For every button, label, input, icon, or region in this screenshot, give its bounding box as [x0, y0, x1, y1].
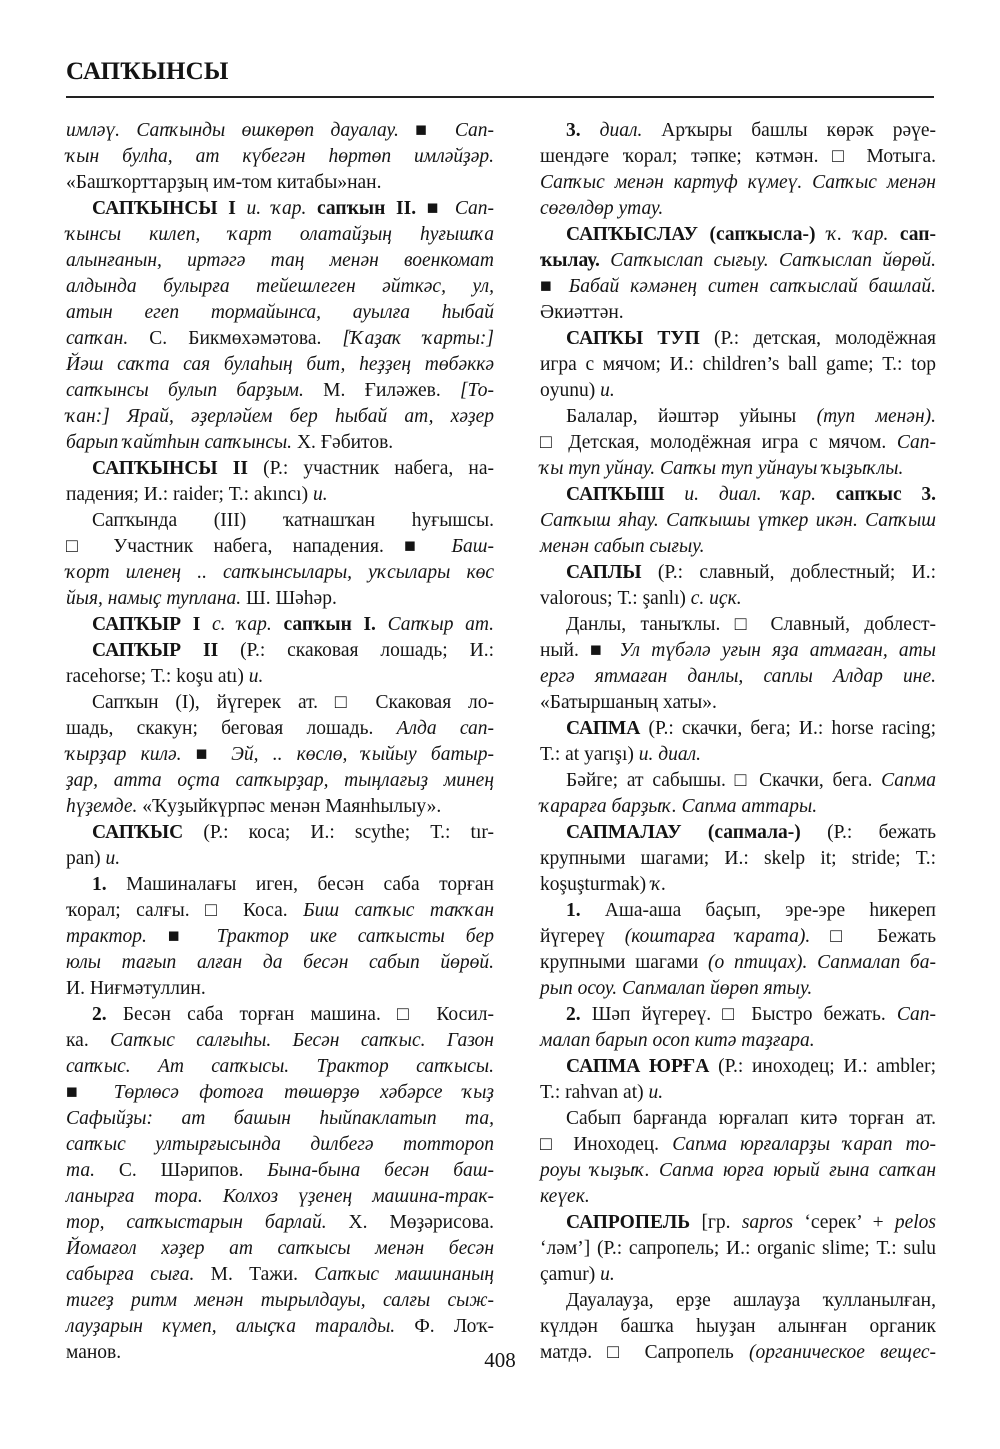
- text-line: Данлы, таныҡлы. □ Славный, доблест-: [540, 612, 936, 638]
- text-line: алдында булырға тейешлеген әйткәс, ул,: [66, 274, 494, 300]
- text-line: крупными шагами; И.: skelp it; stride; Т…: [540, 846, 936, 872]
- text-line: игра с мячом; И.: children’s ball game; …: [540, 352, 936, 378]
- text-line: сапҡыс. Ат сапҡысы. Трактор сапҡысы.: [66, 1054, 494, 1080]
- text-line: ҡорал; салғы. □ Коса. Биш сапҡыс таҡҡан: [66, 898, 494, 924]
- text-line: valorous; Т.: şanlı) с. иҫк.: [540, 586, 936, 612]
- text-line: атын егеп тормайынса, ауылға һыбай: [66, 300, 494, 326]
- text-line: Йәш саҡта сая булаһың бит, һеҙҙең төбәкк…: [66, 352, 494, 378]
- text-line: һүҙемде. «Ҡуҙыйкүрпәс менән Маянһылыу».: [66, 794, 494, 820]
- text-line: ҡылау. Сапҡыслап сығыу. Сапҡыслап йөрөй.: [540, 248, 936, 274]
- text-line: 3. диал. Арҡыры башлы көрәк рәүе-: [540, 118, 936, 144]
- text-line: Йомағол хәҙер ат сапҡысы менән бесән: [66, 1236, 494, 1262]
- text-line: 2. Шәп йүгереү. □ Быстро бежать. Сап-: [540, 1002, 936, 1028]
- text-line: роуы ҡыҙыҡ. Сапма юрға юрый ғына сапҡан: [540, 1158, 936, 1184]
- text-line: Т.: at yarışı) и. диал.: [540, 742, 936, 768]
- text-line: сапҡан. С. Бикмөхәмәтова. [Ҡаҙаҡ ҡарты:]: [66, 326, 494, 352]
- text-line: шадь, скакун; беговая лошадь. Алда сап-: [66, 716, 494, 742]
- text-line: □ Иноходец. Сапма юрғаларҙы ҡарап то-: [540, 1132, 936, 1158]
- text-line: йүгереү (коштарға ҡарата). □ Бежать: [540, 924, 936, 950]
- text-line: тигеҙ ритм менән тырылдауы, салғы сыж-: [66, 1288, 494, 1314]
- text-line: ҡорт иленең .. сапҡынсылары, уҡсылары кө…: [66, 560, 494, 586]
- text-line: 2. Бесән саба торған машина. □ Косил-: [66, 1002, 494, 1028]
- text-line: çamur) и.: [540, 1262, 936, 1288]
- text-line: САПЛЫ (Р.: славный, доблестный; И.:: [540, 560, 936, 586]
- text-line: САПМА ЮРҒА (Р.: иноходец; И.: ambler;: [540, 1054, 936, 1080]
- text-line: рып осоу. Сапмалап йөрөп ятыу.: [540, 976, 936, 1002]
- text-line: Сабып барғанда юрғалап китә торған ат.: [540, 1106, 936, 1132]
- text-line: 1. Аша-аша баҫып, эре-эре һикереп: [540, 898, 936, 924]
- text-line: САПҠЫСЛАУ (сапҡысла-) ҡ. ҡар. сап-: [540, 222, 936, 248]
- text-line: Бәйге; ат сабышы. □ Скачки, бега. Сапма: [540, 768, 936, 794]
- text-line: racehorse; Т.: koşu atı) и.: [66, 664, 494, 690]
- text-line: сөгөлдөр утау.: [540, 196, 936, 222]
- text-line: ■ Төрлөсә фотоға төшөрҙө хәбәрсе ҡыҙ: [66, 1080, 494, 1106]
- text-line: барып ҡайтһын сапҡынсы. Х. Ғәбитов.: [66, 430, 494, 456]
- text-line: ланырға тора. Колхоз үҙенең машина-трак-: [66, 1184, 494, 1210]
- text-line: САПҠЫР I с. ҡар. сапҡын I. Сапҡыр ат.: [66, 612, 494, 638]
- text-line: 1. Машиналағы иген, бесән саба торған: [66, 872, 494, 898]
- text-line: ҡынсы килеп, ҡарт олатайҙың һуғышҡа: [66, 222, 494, 248]
- text-line: малап барып осоп китә таҙғара.: [540, 1028, 936, 1054]
- text-line: ‘ләм’] (Р.: сапропель; И.: organic slime…: [540, 1236, 936, 1262]
- text-line: САПҠЫР II (Р.: скаковая лошадь; И.:: [66, 638, 494, 664]
- text-line: менән сабып сығыу.: [540, 534, 936, 560]
- text-line: имләү. Сапҡынды өшкөрөп дауалау. ■ Сап-: [66, 118, 494, 144]
- text-line: ■ Бабай кәмәнең ситен сапҡыслай башлай.: [540, 274, 936, 300]
- text-line: pan) и.: [66, 846, 494, 872]
- text-line: koşuşturmak) ҡ.: [540, 872, 936, 898]
- text-line: Балалар, йәштәр уйыны (туп менән).: [540, 404, 936, 430]
- text-line: ҙар, атта оҫта сапҡырҙар, тыңлағыҙ минең: [66, 768, 494, 794]
- text-line: крупными шагами (о птицах). Сапмалап ба-: [540, 950, 936, 976]
- text-line: САПҠЫ ТУП (Р.: детская, молодёжная: [540, 326, 936, 352]
- text-line: лауҙарын күмеп, алыҫҡа таралды. Ф. Лоҡ-: [66, 1314, 494, 1340]
- text-line: Сапҡында (III) ҡатнашҡан һуғышсы.: [66, 508, 494, 534]
- right-column: 3. диал. Арҡыры башлы көрәк рәүе-шендәге…: [540, 118, 936, 1366]
- text-line: ҡан:] Ярай, әҙерләйем бер һыбай ат, хәҙе…: [66, 404, 494, 430]
- text-line: падения; И.: raider; Т.: akıncı) и.: [66, 482, 494, 508]
- text-line: ка. Сапҡыс салғыһы. Бесән сапҡыс. Газон: [66, 1028, 494, 1054]
- text-line: сапҡыс ултырғысында дилбегә тотторoп: [66, 1132, 494, 1158]
- text-line: И. Ниғмәтуллин.: [66, 976, 494, 1002]
- text-line: Т.: rahvan at) и.: [540, 1080, 936, 1106]
- text-line: «Батыршаның хаты».: [540, 690, 936, 716]
- header-rule: [66, 96, 934, 98]
- text-line: Сапҡын (I), йүгерек ат. □ Скаковая ло-: [66, 690, 494, 716]
- text-line: сапҡынсы булып барҙым. М. Ғиләжев. [То-: [66, 378, 494, 404]
- text-line: □ Детская, молодёжная игра с мячом. Сап-: [540, 430, 936, 456]
- text-line: oyunu) и.: [540, 378, 936, 404]
- running-head: САПҠЫНСЫ: [66, 58, 229, 86]
- text-line: Дауалауҙа, ерҙе ашлауҙа ҡулланылған,: [540, 1288, 936, 1314]
- text-line: ҡарарға барҙыҡ. Сапма аттары.: [540, 794, 936, 820]
- text-line: трактор. ■ Трактор ике сапҡысты бер: [66, 924, 494, 950]
- text-line: күлдән башҡа һыуҙан алынған органик: [540, 1314, 936, 1340]
- text-line: тор, сапҡыстарын барлай. Х. Мөҙәрисова.: [66, 1210, 494, 1236]
- text-line: та. С. Шәрипов. Бына-бына бесән баш-: [66, 1158, 494, 1184]
- text-line: ный. ■ Ул түбәлә уғын яҙа атмаған, аты: [540, 638, 936, 664]
- text-line: САПРОПЕЛЬ [гр. sapros ‘серек’ + pelos: [540, 1210, 936, 1236]
- text-line: йыя, намыҫ туплана. Ш. Шәһәр.: [66, 586, 494, 612]
- text-line: □ Участник набега, нападения. ■ Баш-: [66, 534, 494, 560]
- text-line: САПҠЫНСЫ I и. ҡар. сапҡын II. ■ Сап-: [66, 196, 494, 222]
- left-column: имләү. Сапҡынды өшкөрөп дауалау. ■ Сап-ҡ…: [66, 118, 494, 1366]
- text-line: Сапҡыш яһау. Сапҡышы үткер икән. Сапҡыш: [540, 508, 936, 534]
- text-line: САПҠЫС (Р.: коса; И.: scythe; Т.: tır-: [66, 820, 494, 846]
- text-line: алынғанын, иртәгә таң менән военкомат: [66, 248, 494, 274]
- text-line: сабырға сыға. М. Тажи. Сапҡыс машинаның: [66, 1262, 494, 1288]
- text-line: шендәге ҡорал; тәпке; кәтмән. □ Мотыга.: [540, 144, 936, 170]
- text-line: кеүек.: [540, 1184, 936, 1210]
- text-line: юлы тағып алған да бесән сабып йөрөй.: [66, 950, 494, 976]
- text-line: Сафыйҙы: ат башын һыйпаклатып та,: [66, 1106, 494, 1132]
- text-line: «Башҡорттарҙың им-том китабы»нан.: [66, 170, 494, 196]
- text-line: САПҠЫНСЫ II (Р.: участник набега, на-: [66, 456, 494, 482]
- text-line: Сапҡыс менән картуф күмеү. Сапҡыс менән: [540, 170, 936, 196]
- text-line: ҡы туп уйнау. Сапҡы туп уйнауы ҡыҙыҡлы.: [540, 456, 936, 482]
- text-line: ҡын булһа, ат күбегән һөртөп имләйҙәр.: [66, 144, 494, 170]
- text-line: САПМА (Р.: скачки, бега; И.: horse racin…: [540, 716, 936, 742]
- text-line: Әкиәттән.: [540, 300, 936, 326]
- text-line: САПҠЫШ и. диал. ҡар. сапҡыс 3.: [540, 482, 936, 508]
- page-number: 408: [0, 1348, 1000, 1373]
- text-line: САПМАЛАУ (сапмала-) (Р.: бежать: [540, 820, 936, 846]
- text-line: ергә ятмаған данлы, саплы Алдар ине.: [540, 664, 936, 690]
- text-line: ҡырҙар килә. ■ Эй, .. көслө, ҡыйыу батыр…: [66, 742, 494, 768]
